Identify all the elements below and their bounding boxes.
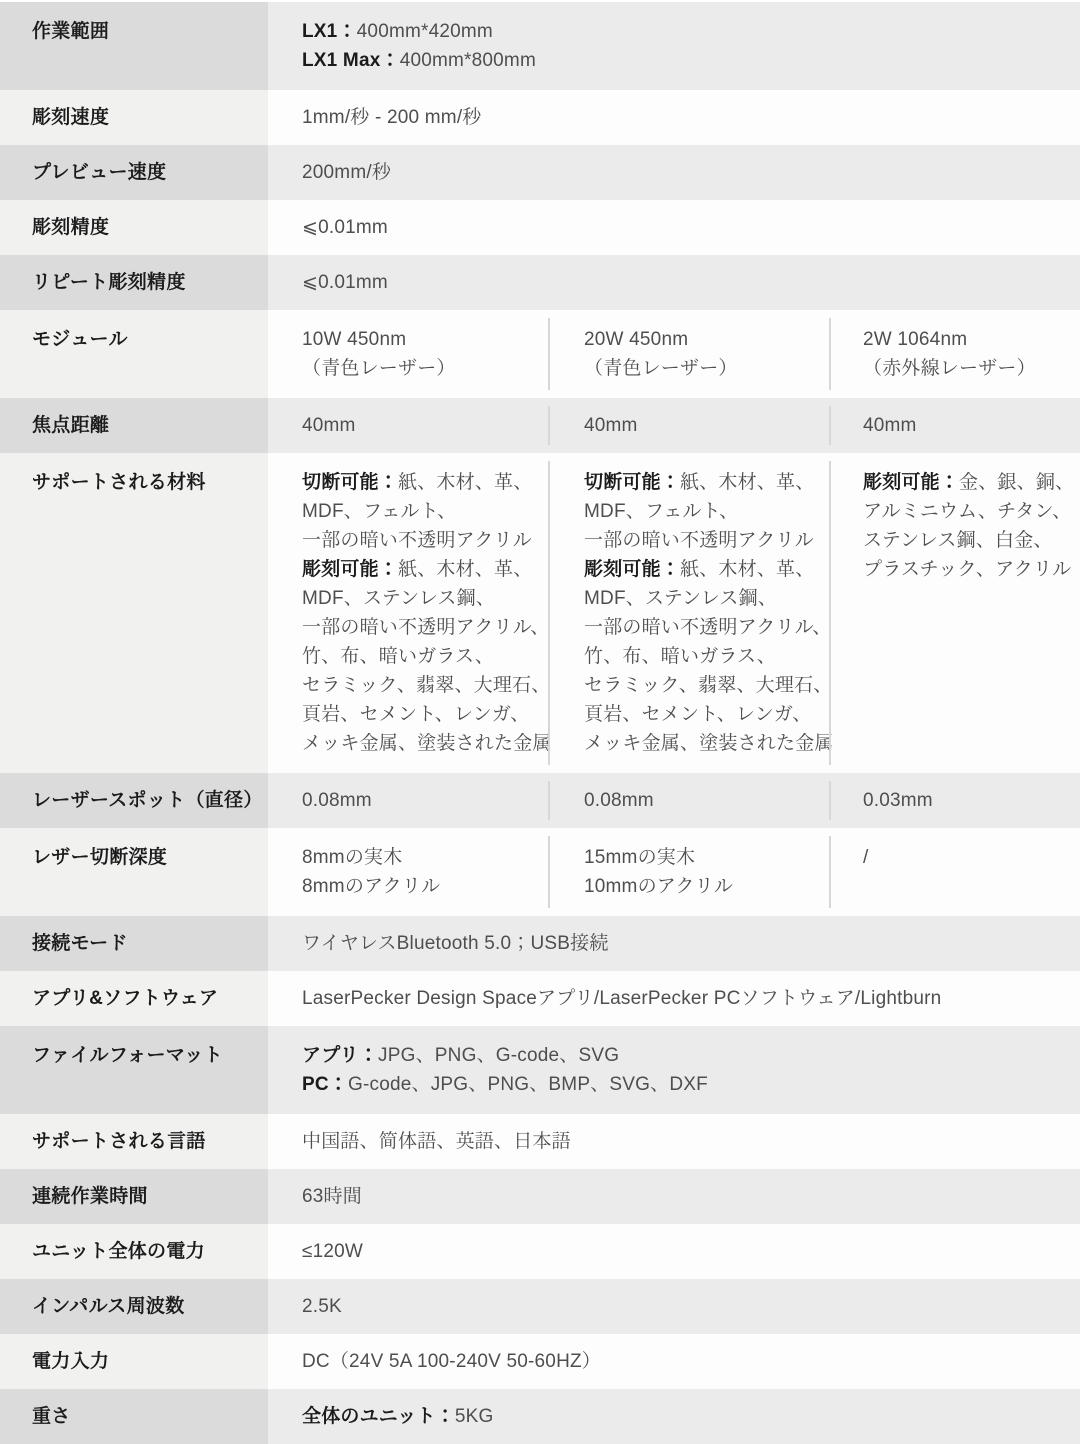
- value-cell: 40mm: [829, 398, 1080, 453]
- value-text: G-code、JPG、PNG、BMP、SVG、DXF: [348, 1074, 708, 1095]
- value-line: 一部の暗い不透明アクリル: [584, 526, 819, 555]
- row-values: 切断可能：紙、木材、革、MDF、フェルト、一部の暗い不透明アクリル彫刻可能：紙、…: [268, 453, 1080, 773]
- value-text: 20W 450nm: [584, 329, 688, 350]
- value-text: セラミック、翡翠、大理石、: [584, 675, 832, 696]
- value-line: 一部の暗い不透明アクリル、: [584, 613, 819, 642]
- value-text: 紙、木材、革、: [398, 559, 532, 580]
- value-line: LX1：400mm*420mm: [302, 17, 1070, 46]
- row-values: 中国語、简体語、英語、日本語: [268, 1114, 1080, 1169]
- value-text: 15mmの実木: [584, 847, 695, 868]
- value-line: アルミニウム、チタン、: [863, 497, 1074, 526]
- value-line: 2.5K: [302, 1294, 1070, 1319]
- row-values: 2.5K: [268, 1279, 1080, 1334]
- value-text: MDF、フェルト、: [302, 501, 456, 522]
- value-text: （青色レーザー）: [302, 358, 456, 379]
- row-label: 彫刻精度: [0, 200, 268, 255]
- value-line: ⩽0.01mm: [302, 270, 1070, 295]
- value-line: 彫刻可能：紙、木材、革、: [584, 555, 819, 584]
- value-text: 紙、木材、革、: [680, 559, 814, 580]
- value-bold-prefix: 彫刻可能：: [863, 472, 959, 493]
- value-bold-prefix: 全体のユニット：: [302, 1406, 455, 1427]
- spec-row: サポートされる言語中国語、简体語、英語、日本語: [0, 1114, 1080, 1169]
- value-text: 63時間: [302, 1186, 362, 1207]
- value-text: 40mm: [863, 415, 917, 436]
- value-line: MDF、ステンレス鋼、: [302, 584, 538, 613]
- value-cell: 63時間: [268, 1169, 1080, 1224]
- value-line: 全体のユニット：5KG: [302, 1404, 1070, 1429]
- row-label: アプリ&ソフトウェア: [0, 971, 268, 1026]
- value-line: 0.03mm: [863, 788, 1070, 813]
- value-line: アプリ：JPG、PNG、G-code、SVG: [302, 1041, 1070, 1070]
- value-text: （青色レーザー）: [584, 358, 738, 379]
- value-line: （青色レーザー）: [302, 354, 538, 383]
- value-line: ステンレス鋼、白金、: [863, 526, 1074, 555]
- value-cell: ≤120W: [268, 1224, 1080, 1279]
- value-bold-prefix: 彫刻可能：: [584, 559, 680, 580]
- value-text: 2.5K: [302, 1296, 342, 1317]
- row-values: 1mm/秒 - 200 mm/秒: [268, 90, 1080, 145]
- value-cell: DC（24V 5A 100-240V 50-60HZ）: [268, 1334, 1080, 1389]
- value-text: ⩽0.01mm: [302, 217, 388, 238]
- value-line: メッキ金属、塗装された金属: [302, 729, 538, 758]
- value-line: DC（24V 5A 100-240V 50-60HZ）: [302, 1349, 1070, 1374]
- value-cell: 0.08mm: [268, 773, 548, 828]
- value-line: 彫刻可能：金、銀、銅、: [863, 468, 1074, 497]
- row-label: サポートされる材料: [0, 453, 268, 773]
- value-text: 40mm: [302, 415, 356, 436]
- value-cell: 切断可能：紙、木材、革、MDF、フェルト、一部の暗い不透明アクリル彫刻可能：紙、…: [548, 453, 829, 773]
- row-values: LaserPecker Design Spaceアプリ/LaserPecker …: [268, 971, 1080, 1026]
- value-line: 中国語、简体語、英語、日本語: [302, 1129, 1070, 1154]
- row-values: 200mm/秒: [268, 145, 1080, 200]
- value-line: 竹、布、暗いガラス、: [302, 642, 538, 671]
- value-cell: ⩽0.01mm: [268, 200, 1080, 255]
- value-line: 200mm/秒: [302, 160, 1070, 185]
- value-text: 紙、木材、革、: [398, 472, 532, 493]
- spec-row: 彫刻速度1mm/秒 - 200 mm/秒: [0, 90, 1080, 145]
- value-text: 400mm*800mm: [400, 50, 536, 71]
- value-line: 40mm: [584, 413, 819, 438]
- row-label: 焦点距離: [0, 398, 268, 453]
- spec-row: レーザースポット（直径）0.08mm0.08mm0.03mm: [0, 773, 1080, 828]
- value-line: MDF、ステンレス鋼、: [584, 584, 819, 613]
- row-values: ⩽0.01mm: [268, 200, 1080, 255]
- row-values: アプリ：JPG、PNG、G-code、SVGPC：G-code、JPG、PNG、…: [268, 1026, 1080, 1114]
- value-line: ワイヤレスBluetooth 5.0；USB接続: [302, 931, 1070, 956]
- value-cell: 10W 450nm（青色レーザー）: [268, 310, 548, 398]
- value-line: 40mm: [863, 413, 1070, 438]
- row-label: 接続モード: [0, 916, 268, 971]
- value-text: JPG、PNG、G-code、SVG: [378, 1045, 619, 1066]
- row-values: ワイヤレスBluetooth 5.0；USB接続: [268, 916, 1080, 971]
- value-text: MDF、ステンレス鋼、: [302, 588, 495, 609]
- value-cell: 切断可能：紙、木材、革、MDF、フェルト、一部の暗い不透明アクリル彫刻可能：紙、…: [268, 453, 548, 773]
- value-cell: 15mmの実木10mmのアクリル: [548, 828, 829, 916]
- row-values: 8mmの実木8mmのアクリル15mmの実木10mmのアクリル/: [268, 828, 1080, 916]
- row-label: レーザースポット（直径）: [0, 773, 268, 828]
- row-label: モジュール: [0, 310, 268, 398]
- value-line: 0.08mm: [584, 788, 819, 813]
- row-values: DC（24V 5A 100-240V 50-60HZ）: [268, 1334, 1080, 1389]
- value-line: 彫刻可能：紙、木材、革、: [302, 555, 538, 584]
- value-text: MDF、ステンレス鋼、: [584, 588, 777, 609]
- value-line: 一部の暗い不透明アクリル: [302, 526, 538, 555]
- spec-row: インパルス周波数2.5K: [0, 1279, 1080, 1334]
- value-line: （青色レーザー）: [584, 354, 819, 383]
- value-line: セラミック、翡翠、大理石、: [584, 671, 819, 700]
- value-text: 10W 450nm: [302, 329, 406, 350]
- value-text: 1mm/秒 - 200 mm/秒: [302, 107, 482, 128]
- row-values: 10W 450nm（青色レーザー）20W 450nm（青色レーザー）2W 106…: [268, 310, 1080, 398]
- value-line: 頁岩、セメント、レンガ、: [584, 700, 819, 729]
- value-cell: 0.08mm: [548, 773, 829, 828]
- spec-row: プレビュー速度200mm/秒: [0, 145, 1080, 200]
- spec-row: 接続モードワイヤレスBluetooth 5.0；USB接続: [0, 916, 1080, 971]
- value-line: 8mmのアクリル: [302, 872, 538, 901]
- value-cell: LX1：400mm*420mmLX1 Max：400mm*800mm: [268, 2, 1080, 90]
- value-text: 8mmのアクリル: [302, 876, 440, 897]
- value-text: ワイヤレスBluetooth 5.0；USB接続: [302, 933, 609, 954]
- value-text: 200mm/秒: [302, 162, 391, 183]
- value-line: 40mm: [302, 413, 538, 438]
- value-cell: /: [829, 828, 1080, 916]
- value-text: LaserPecker Design Spaceアプリ/LaserPecker …: [302, 988, 941, 1009]
- value-line: 0.08mm: [302, 788, 538, 813]
- spec-row: ユニット全体の電力≤120W: [0, 1224, 1080, 1279]
- value-line: PC：G-code、JPG、PNG、BMP、SVG、DXF: [302, 1070, 1070, 1099]
- value-text: ⩽0.01mm: [302, 272, 388, 293]
- value-cell: 1mm/秒 - 200 mm/秒: [268, 90, 1080, 145]
- value-cell: 200mm/秒: [268, 145, 1080, 200]
- row-label: 電力入力: [0, 1334, 268, 1389]
- spec-row: 重さ全体のユニット：5KG: [0, 1389, 1080, 1444]
- row-values: ≤120W: [268, 1224, 1080, 1279]
- row-values: 63時間: [268, 1169, 1080, 1224]
- spec-row: モジュール10W 450nm（青色レーザー）20W 450nm（青色レーザー）2…: [0, 310, 1080, 398]
- value-line: 1mm/秒 - 200 mm/秒: [302, 105, 1070, 130]
- value-text: 一部の暗い不透明アクリル: [302, 530, 532, 551]
- value-line: 10W 450nm: [302, 325, 538, 354]
- value-text: /: [863, 847, 868, 868]
- value-line: /: [863, 843, 1070, 872]
- value-cell: 40mm: [548, 398, 829, 453]
- value-cell: LaserPecker Design Spaceアプリ/LaserPecker …: [268, 971, 1080, 1026]
- row-label: サポートされる言語: [0, 1114, 268, 1169]
- value-bold-prefix: アプリ：: [302, 1045, 378, 1066]
- value-text: DC（24V 5A 100-240V 50-60HZ）: [302, 1351, 601, 1372]
- row-label: インパルス周波数: [0, 1279, 268, 1334]
- value-line: 63時間: [302, 1184, 1070, 1209]
- spec-row: サポートされる材料切断可能：紙、木材、革、MDF、フェルト、一部の暗い不透明アク…: [0, 453, 1080, 773]
- value-text: 8mmの実木: [302, 847, 402, 868]
- value-line: ⩽0.01mm: [302, 215, 1070, 240]
- value-text: 10mmのアクリル: [584, 876, 733, 897]
- value-cell: 8mmの実木8mmのアクリル: [268, 828, 548, 916]
- value-line: メッキ金属、塗装された金属: [584, 729, 819, 758]
- value-cell: 彫刻可能：金、銀、銅、アルミニウム、チタン、ステンレス鋼、白金、プラスチック、ア…: [829, 453, 1080, 773]
- value-cell: ワイヤレスBluetooth 5.0；USB接続: [268, 916, 1080, 971]
- spec-row: レザー切断深度8mmの実木8mmのアクリル15mmの実木10mmのアクリル/: [0, 828, 1080, 916]
- row-values: ⩽0.01mm: [268, 255, 1080, 310]
- value-cell: アプリ：JPG、PNG、G-code、SVGPC：G-code、JPG、PNG、…: [268, 1026, 1080, 1114]
- value-line: 切断可能：紙、木材、革、: [584, 468, 819, 497]
- spec-table: 作業範囲LX1：400mm*420mmLX1 Max：400mm*800mm彫刻…: [0, 2, 1080, 1444]
- spec-row: 作業範囲LX1：400mm*420mmLX1 Max：400mm*800mm: [0, 2, 1080, 90]
- row-label: リピート彫刻精度: [0, 255, 268, 310]
- value-text: 40mm: [584, 415, 638, 436]
- spec-row: 焦点距離40mm40mm40mm: [0, 398, 1080, 453]
- value-text: 竹、布、暗いガラス、: [584, 646, 776, 667]
- spec-row: 彫刻精度⩽0.01mm: [0, 200, 1080, 255]
- value-cell: 全体のユニット：5KG: [268, 1389, 1080, 1444]
- spec-row: リピート彫刻精度⩽0.01mm: [0, 255, 1080, 310]
- value-cell: ⩽0.01mm: [268, 255, 1080, 310]
- value-text: ≤120W: [302, 1241, 363, 1262]
- value-line: 20W 450nm: [584, 325, 819, 354]
- spec-row: 連続作業時間63時間: [0, 1169, 1080, 1224]
- row-label: 作業範囲: [0, 2, 268, 90]
- value-bold-prefix: PC：: [302, 1074, 348, 1095]
- value-text: 中国語、简体語、英語、日本語: [302, 1131, 571, 1152]
- value-line: プラスチック、アクリル: [863, 555, 1074, 584]
- value-line: 15mmの実木: [584, 843, 819, 872]
- value-line: ≤120W: [302, 1239, 1070, 1264]
- value-text: 頁岩、セメント、レンガ、: [302, 704, 529, 725]
- value-text: 0.08mm: [302, 790, 372, 811]
- value-text: ステンレス鋼、白金、: [863, 530, 1053, 551]
- row-label: 重さ: [0, 1389, 268, 1444]
- row-label: ファイルフォーマット: [0, 1026, 268, 1114]
- value-line: MDF、フェルト、: [302, 497, 538, 526]
- value-text: 一部の暗い不透明アクリル、: [584, 617, 832, 638]
- value-line: MDF、フェルト、: [584, 497, 819, 526]
- value-text: 紙、木材、革、: [680, 472, 814, 493]
- row-values: LX1：400mm*420mmLX1 Max：400mm*800mm: [268, 2, 1080, 90]
- value-line: 10mmのアクリル: [584, 872, 819, 901]
- value-text: 金、銀、銅、: [959, 472, 1074, 493]
- row-label: 彫刻速度: [0, 90, 268, 145]
- value-text: アルミニウム、チタン、: [863, 501, 1071, 522]
- value-text: MDF、フェルト、: [584, 501, 738, 522]
- value-line: 一部の暗い不透明アクリル、: [302, 613, 538, 642]
- value-bold-prefix: 切断可能：: [302, 472, 398, 493]
- value-cell: 20W 450nm（青色レーザー）: [548, 310, 829, 398]
- value-text: 頁岩、セメント、レンガ、: [584, 704, 811, 725]
- value-text: セラミック、翡翠、大理石、: [302, 675, 550, 696]
- value-text: 5KG: [455, 1406, 494, 1427]
- value-text: 一部の暗い不透明アクリル、: [302, 617, 550, 638]
- value-text: 竹、布、暗いガラス、: [302, 646, 494, 667]
- value-line: 竹、布、暗いガラス、: [584, 642, 819, 671]
- value-text: メッキ金属、塗装された金属: [302, 733, 552, 754]
- value-text: 0.03mm: [863, 790, 933, 811]
- value-cell: 2W 1064nm（赤外線レーザー）: [829, 310, 1080, 398]
- row-label: レザー切断深度: [0, 828, 268, 916]
- value-text: 2W 1064nm: [863, 329, 967, 350]
- value-text: 400mm*420mm: [357, 21, 493, 42]
- value-line: （赤外線レーザー）: [863, 354, 1070, 383]
- value-line: 頁岩、セメント、レンガ、: [302, 700, 538, 729]
- value-line: セラミック、翡翠、大理石、: [302, 671, 538, 700]
- spec-row: アプリ&ソフトウェアLaserPecker Design Spaceアプリ/La…: [0, 971, 1080, 1026]
- value-text: 一部の暗い不透明アクリル: [584, 530, 814, 551]
- spec-row: 電力入力DC（24V 5A 100-240V 50-60HZ）: [0, 1334, 1080, 1389]
- value-text: プラスチック、アクリル: [863, 559, 1071, 580]
- value-text: （赤外線レーザー）: [863, 358, 1036, 379]
- value-text: メッキ金属、塗装された金属: [584, 733, 834, 754]
- value-cell: 中国語、简体語、英語、日本語: [268, 1114, 1080, 1169]
- value-cell: 2.5K: [268, 1279, 1080, 1334]
- value-line: 8mmの実木: [302, 843, 538, 872]
- row-values: 0.08mm0.08mm0.03mm: [268, 773, 1080, 828]
- value-text: 0.08mm: [584, 790, 654, 811]
- row-values: 全体のユニット：5KG: [268, 1389, 1080, 1444]
- value-bold-prefix: LX1 Max：: [302, 50, 400, 71]
- row-label: ユニット全体の電力: [0, 1224, 268, 1279]
- value-bold-prefix: LX1：: [302, 21, 357, 42]
- row-label: プレビュー速度: [0, 145, 268, 200]
- row-label: 連続作業時間: [0, 1169, 268, 1224]
- value-bold-prefix: 切断可能：: [584, 472, 680, 493]
- value-cell: 0.03mm: [829, 773, 1080, 828]
- spec-row: ファイルフォーマットアプリ：JPG、PNG、G-code、SVGPC：G-cod…: [0, 1026, 1080, 1114]
- value-line: 切断可能：紙、木材、革、: [302, 468, 538, 497]
- row-values: 40mm40mm40mm: [268, 398, 1080, 453]
- value-line: LaserPecker Design Spaceアプリ/LaserPecker …: [302, 986, 1070, 1011]
- value-bold-prefix: 彫刻可能：: [302, 559, 398, 580]
- value-line: LX1 Max：400mm*800mm: [302, 46, 1070, 75]
- value-cell: 40mm: [268, 398, 548, 453]
- value-line: 2W 1064nm: [863, 325, 1070, 354]
